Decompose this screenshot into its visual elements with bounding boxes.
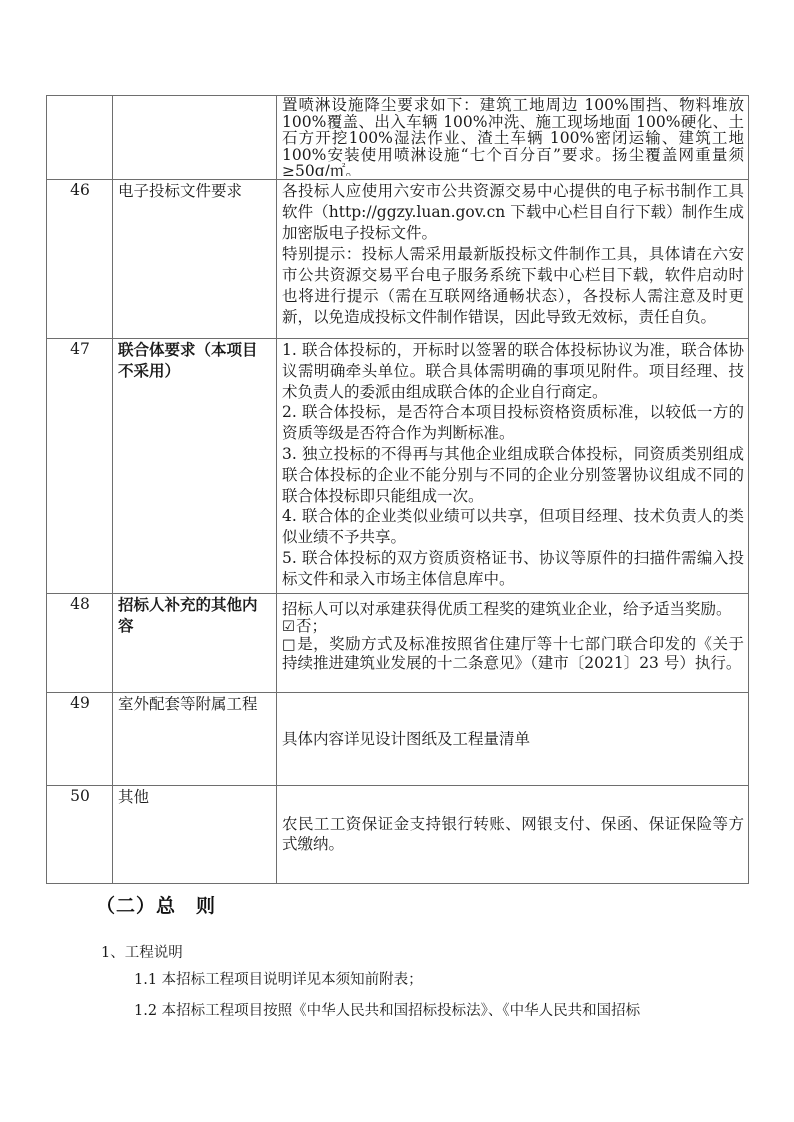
- bid-notice-table: 置喷淋设施降尘要求如下：建筑工地周边 100%围挡、物料堆放 100%覆盖、出入…: [46, 95, 749, 884]
- section-item-project-description: 1、工程说明: [101, 941, 183, 962]
- item-content-cell: 农民工工资保证金支持银行转账、网银支付、保函、保证保险等方式缴纳。: [277, 786, 749, 884]
- section-item-1-1: 1.1 本招标工程项目说明详见本须知前附表；: [134, 968, 423, 989]
- item-content-cell: 1. 联合体投标的，开标时以签署的联合体投标协议为准，联合体协议需明确牵头单位。…: [277, 339, 749, 594]
- paragraph: 特别提示：投标人需采用最新版投标文件制作工具，具体请在六安市公共资源交易平台电子…: [282, 244, 744, 328]
- checkbox-line-no: ☑否；: [282, 618, 744, 636]
- table-row-50: 50 其他 农民工工资保证金支持银行转账、网银支付、保函、保证保险等方式缴纳。: [47, 786, 749, 884]
- item-label-cell: [113, 96, 277, 180]
- item-label-cell: 室外配套等附属工程: [113, 693, 277, 786]
- paragraph: 2. 联合体投标，是否符合本项目投标资格资质标准，以较低一方的资质等级是否符合作…: [282, 402, 744, 444]
- section-item-1-2: 1.2 本招标工程项目按照《中华人民共和国招标投标法》、《中华人民共和国招标: [134, 999, 640, 1020]
- table-row-48: 48 招标人补充的其他内容 招标人可以对承建获得优质工程奖的建筑业企业，给予适当…: [47, 594, 749, 693]
- paragraph: 3. 独立投标的不得再与其他企业组成联合体投标，同资质类别组成联合体投标的企业不…: [282, 444, 744, 506]
- paragraph: 各投标人应使用六安市公共资源交易中心提供的电子标书制作工具软件（http://g…: [282, 181, 744, 244]
- paragraph: 4. 联合体的企业类似业绩可以共享，但项目经理、技术负责人的类似业绩不予共享。: [282, 506, 744, 548]
- row-number-cell: [47, 96, 113, 180]
- checkbox-yes-label: 是，奖励方式及标准按照省住建厅等十七部门联合印发的《关于持续推进建筑业发展的十二…: [282, 635, 744, 671]
- item-content-cell: 各投标人应使用六安市公共资源交易中心提供的电子标书制作工具软件（http://g…: [277, 180, 749, 339]
- item-label-cell: 联合体要求（本项目不采用）: [113, 339, 277, 594]
- row-number-cell: 46: [47, 180, 113, 339]
- paragraph: 置喷淋设施降尘要求如下：建筑工地周边 100%围挡、物料堆放 100%覆盖、出入…: [282, 97, 744, 176]
- table-row-46: 46 电子投标文件要求 各投标人应使用六安市公共资源交易中心提供的电子标书制作工…: [47, 180, 749, 339]
- checkbox-no-label: 否；: [296, 617, 327, 635]
- checkbox-checked-icon: ☑: [282, 619, 295, 635]
- item-content-cell: 具体内容详见设计图纸及工程量清单: [277, 693, 749, 786]
- paragraph: 具体内容详见设计图纸及工程量清单: [282, 730, 744, 749]
- item-label-cell: 电子投标文件要求: [113, 180, 277, 339]
- item-label-cell: 招标人补充的其他内容: [113, 594, 277, 693]
- table-row-49: 49 室外配套等附属工程 具体内容详见设计图纸及工程量清单: [47, 693, 749, 786]
- row-number-cell: 50: [47, 786, 113, 884]
- paragraph: 5. 联合体投标的双方资质资格证书、协议等原件的扫描件需编入投标文件和录入市场主…: [282, 548, 744, 588]
- checkbox-line-yes: □是，奖励方式及标准按照省住建厅等十七部门联合印发的《关于持续推进建筑业发展的十…: [282, 636, 744, 671]
- item-content-cell: 置喷淋设施降尘要求如下：建筑工地周边 100%围挡、物料堆放 100%覆盖、出入…: [277, 96, 749, 180]
- row-number-cell: 49: [47, 693, 113, 786]
- row-number-cell: 48: [47, 594, 113, 693]
- row-number-cell: 47: [47, 339, 113, 594]
- table-row-47: 47 联合体要求（本项目不采用） 1. 联合体投标的，开标时以签署的联合体投标协…: [47, 339, 749, 594]
- table-row-continuation: 置喷淋设施降尘要求如下：建筑工地周边 100%围挡、物料堆放 100%覆盖、出入…: [47, 96, 749, 180]
- paragraph: 农民工工资保证金支持银行转账、网银支付、保函、保证保险等方式缴纳。: [282, 815, 744, 854]
- checkbox-unchecked-icon: □: [282, 637, 296, 653]
- document-page: 置喷淋设施降尘要求如下：建筑工地周边 100%围挡、物料堆放 100%覆盖、出入…: [0, 0, 794, 1122]
- paragraph: 1. 联合体投标的，开标时以签署的联合体投标协议为准，联合体协议需明确牵头单位。…: [282, 340, 744, 402]
- item-content-cell: 招标人可以对承建获得优质工程奖的建筑业企业，给予适当奖励。 ☑否； □是，奖励方…: [277, 594, 749, 693]
- item-label-cell: 其他: [113, 786, 277, 884]
- paragraph: 招标人可以对承建获得优质工程奖的建筑业企业，给予适当奖励。: [282, 601, 744, 618]
- section-heading: （二）总 则: [96, 891, 216, 918]
